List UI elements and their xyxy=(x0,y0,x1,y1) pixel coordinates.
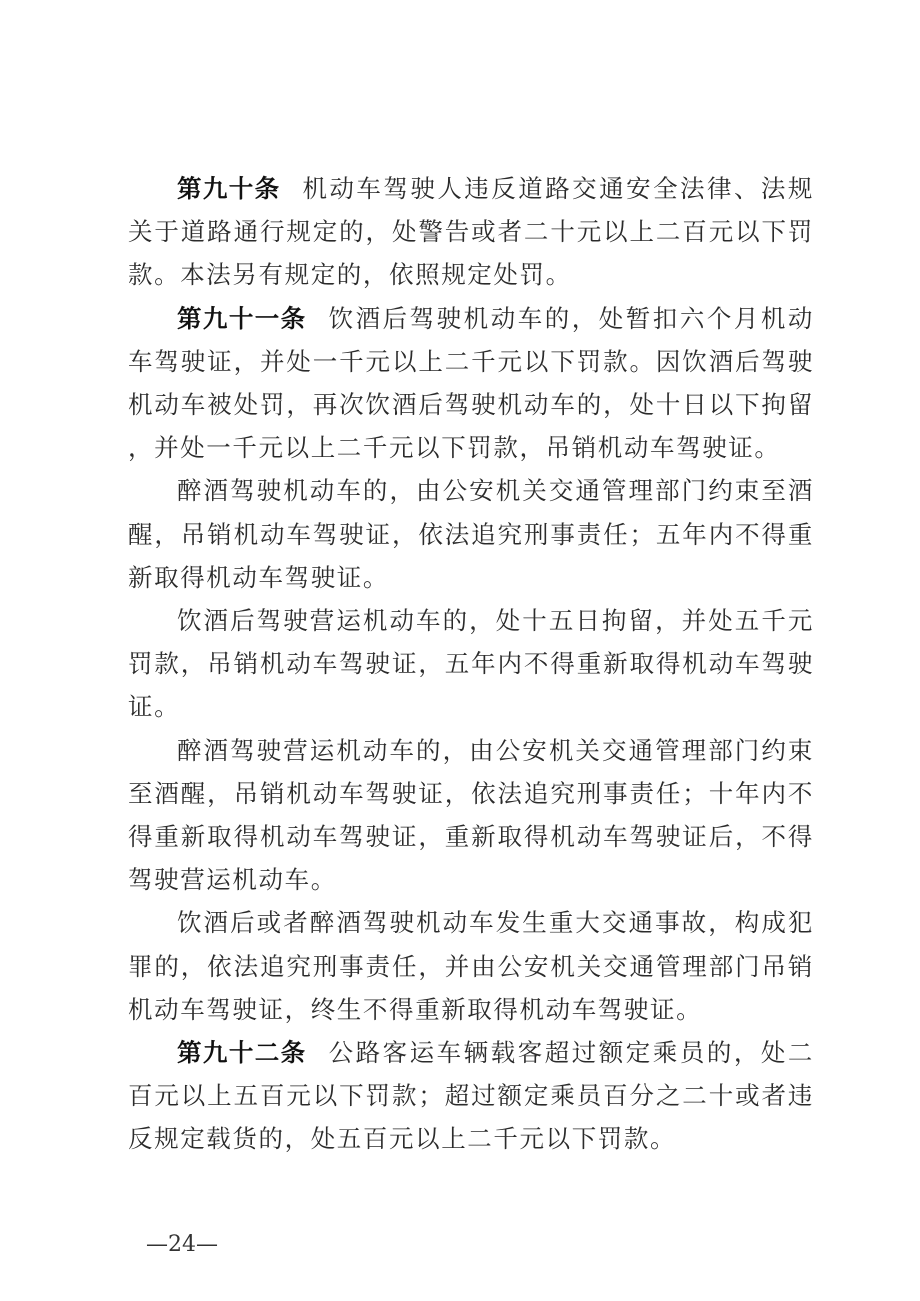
document-page: 第九十条机动车驾驶人违反道路交通安全法律、法规关于道路通行规定的，处警告或者二十… xyxy=(128,167,814,1161)
paragraph-article-91: 第九十一条饮酒后驾驶机动车的，处暂扣六个月机动车驾驶证，并处一千元以上二千元以下… xyxy=(128,297,814,470)
paragraph-drinking-commercial: 饮酒后驾驶营运机动车的，处十五日拘留，并处五千元罚款，吊销机动车驾驶证，五年内不… xyxy=(128,599,814,729)
paragraph-text: 饮酒后驾驶营运机动车的，处十五日拘留，并处五千元罚款，吊销机动车驾驶证，五年内不… xyxy=(128,606,814,721)
paragraph-drunk-driving: 醉酒驾驶机动车的，由公安机关交通管理部门约束至酒醒，吊销机动车驾驶证，依法追究刑… xyxy=(128,469,814,599)
article-number: 第九十二条 xyxy=(177,1038,307,1067)
paragraph-major-accident: 饮酒后或者醉酒驾驶机动车发生重大交通事故，构成犯罪的，依法追究刑事责任，并由公安… xyxy=(128,901,814,1031)
paragraph-article-92: 第九十二条公路客运车辆载客超过额定乘员的，处二百元以上五百元以下罚款；超过额定乘… xyxy=(128,1031,814,1161)
paragraph-drunk-commercial: 醉酒驾驶营运机动车的，由公安机关交通管理部门约束至酒醒，吊销机动车驾驶证，依法追… xyxy=(128,729,814,902)
paragraph-text: 饮酒后或者醉酒驾驶机动车发生重大交通事故，构成犯罪的，依法追究刑事责任，并由公安… xyxy=(128,908,814,1023)
paragraph-text: 醉酒驾驶营运机动车的，由公安机关交通管理部门约束至酒醒，吊销机动车驾驶证，依法追… xyxy=(128,736,814,895)
article-number: 第九十条 xyxy=(177,174,280,203)
page-number: —24— xyxy=(146,1232,218,1257)
article-number: 第九十一条 xyxy=(177,304,307,333)
paragraph-article-90: 第九十条机动车驾驶人违反道路交通安全法律、法规关于道路通行规定的，处警告或者二十… xyxy=(128,167,814,297)
paragraph-text: 醉酒驾驶机动车的，由公安机关交通管理部门约束至酒醒，吊销机动车驾驶证，依法追究刑… xyxy=(128,476,814,591)
